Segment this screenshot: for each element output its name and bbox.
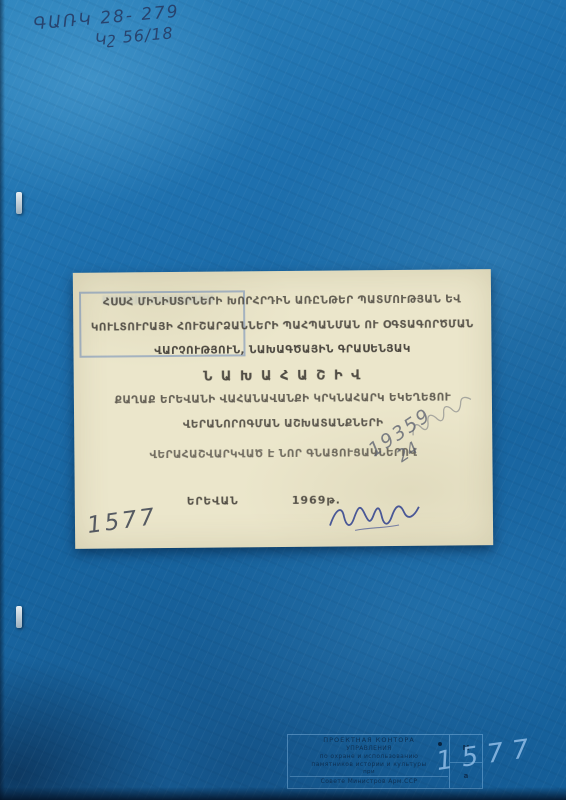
office-stamp-text: ПРОЕКТНАЯ КОНТОРА УПРАВЛЕНИЯ по охране и… xyxy=(290,736,448,787)
handwritten-archive-note: ԳԱՌԿ 28- 279 Կշ 56/18 xyxy=(33,2,183,55)
subject-line1: ՔԱՂԱՔ ԵՐԵՎԱՆԻ ՎԱՀԱՆԱՎԱՆՔԻ ԿՐԿՆԱՀԱՐԿ ԵԿԵՂ… xyxy=(74,391,492,407)
org-line2: ԿՈՒԼՏՈՒՐԱՅԻ ՀՈՒՇԱՐՁԱՆՆԵՐԻ ՊԱՀՊԱՆՄԱՆ ՈՒ Օ… xyxy=(73,318,491,334)
page-edge-shadow-left xyxy=(0,0,5,800)
org-line3: ՎԱՐՉՈՒԹՅՈՒՆ, ՆԱԽԱԳԾԱՅԻՆ ԳՐԱՍԵՆՅԱԿ xyxy=(73,342,491,358)
handwritten-inventory-number: 1577 xyxy=(86,504,159,539)
stamp-line2: УПРАВЛЕНИЯ xyxy=(290,745,448,753)
stamp-line5: при xyxy=(290,769,448,776)
staple-bottom xyxy=(16,606,22,628)
staple-top xyxy=(16,192,22,214)
org-line1: ՀՍՍՀ ՄԻՆԻՍՏՐՆԵՐԻ ԽՈՐՀՐԴԻՆ ԱՌԸՆԹԵՐ ՊԱՏՄՈՒ… xyxy=(73,293,491,309)
stamp-line6: Совете Министров Арм.ССР xyxy=(290,776,448,786)
page-edge-shadow-bottom xyxy=(0,787,566,800)
stamp-line1: ПРОЕКТНАЯ КОНТОРА xyxy=(290,736,448,745)
document-title: Ն Ա Խ Ա Հ Ա Շ Ի Վ xyxy=(74,367,492,386)
scanned-cover-page: ԳԱՌԿ 28- 279 Կշ 56/18 ՀՍՍՀ ՄԻՆԻՍՏՐՆԵՐԻ Խ… xyxy=(0,0,566,800)
stamp-line4: памятников истории и культуры xyxy=(290,761,448,769)
city-label: ԵՐԵՎԱՆ xyxy=(187,495,239,507)
stamp-line3: по охране и использованию xyxy=(290,753,448,761)
handwritten-signature xyxy=(325,494,425,537)
title-label: ՀՍՍՀ ՄԻՆԻՍՏՐՆԵՐԻ ԽՈՐՀՐԴԻՆ ԱՌԸՆԹԵՐ ՊԱՏՄՈՒ… xyxy=(73,269,493,549)
